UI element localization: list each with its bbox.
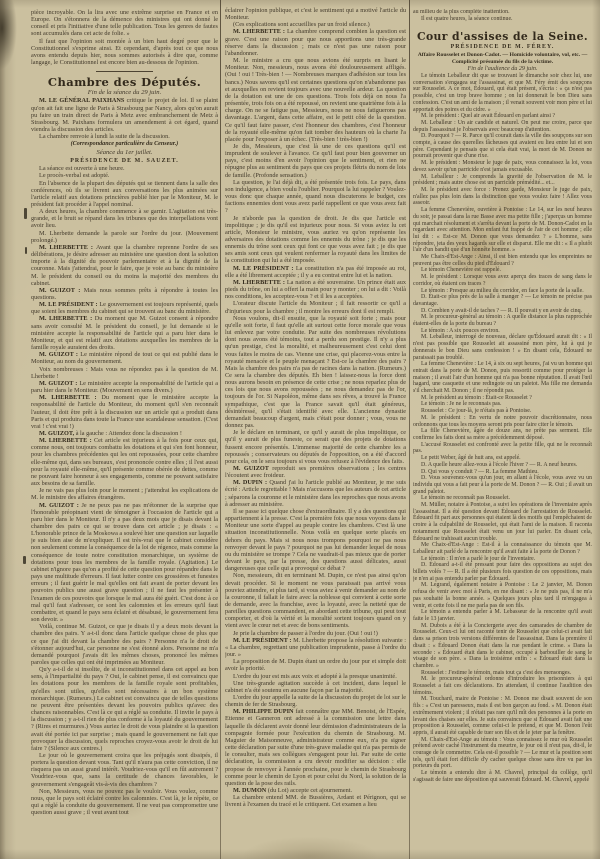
paragraph: Me Chaix-d'Est-Ange : Ainsi, il est bien… <box>413 254 592 267</box>
paragraph: M. LHERBETTE : La chambre comprend combi… <box>225 28 406 57</box>
scan-artifact <box>24 208 27 219</box>
paragraph: M. LE PRÉSIDENT : Le gouvernement est to… <box>31 301 218 315</box>
speaker-name: M. LHERBETTE : <box>233 28 287 35</box>
paragraph: M. le procureur-général ordonne d'introd… <box>413 676 592 696</box>
paragraph: M. Lherbette demande la parole sur l'ord… <box>31 230 218 244</box>
paragraph: Voilà, continue M. Guizot, ce que je dis… <box>31 623 218 666</box>
paragraph: La femme Chenevière, ouvrière à Pontoise… <box>413 207 592 254</box>
paragraph: Je le déclare en terminant, ce qu'il y a… <box>225 429 406 465</box>
paragraph: La chambre renvoie à lundi la suite de l… <box>31 133 218 140</box>
paragraph: Le témoin a entendu dire à M. Chavrel, p… <box>413 770 592 783</box>
paragraph: Je dis, Messieurs, que c'est là une de c… <box>225 143 406 179</box>
paragraph: M. Legrand, également notaire à Pontoise… <box>413 582 592 609</box>
article-title: Cour d'assises de la Seine. <box>413 30 592 43</box>
column-right: au milieu de la plus complète inattentio… <box>413 9 592 854</box>
column-left: pièce incroyable. On la lira avec une ex… <box>31 9 218 854</box>
presidence-line: PRÉSIDENCE DE M. FÉREY. <box>413 43 592 51</box>
article-title: Chambre des Députés. <box>31 76 218 89</box>
paragraph: M. Dubois a été à la Conciergerie avec d… <box>413 623 592 670</box>
paragraph: Le témoin Chenevière est rappelé. <box>413 267 592 274</box>
paragraph: M. GUIZOT : Je ne peux pas ne pas m'éton… <box>31 502 218 624</box>
speaker-name: M. GUIZOT : <box>39 380 79 387</box>
paragraph: au milieu de la plus complète inattentio… <box>413 9 592 16</box>
paragraph: La chambre entend MM. de Bussières, Arda… <box>225 794 406 808</box>
paragraph: M. le procureur-général au témoin : A qu… <box>413 314 592 327</box>
paragraph: Rousselet : Ce jour-là, je n'étais pas à… <box>413 408 592 415</box>
section-divider-rule <box>96 71 153 72</box>
paragraph: M. DUMON (du Lot) accepte cet ajournemen… <box>225 787 406 794</box>
paragraph: M. le président au témoin : Était-ce Rou… <box>413 395 592 402</box>
paragraph: M. LHERBETTE : La nation a été souverain… <box>225 279 406 300</box>
paragraph: D. Était-ce plus près de la salle à mang… <box>413 294 592 307</box>
speaker-name: M. LHERBETTE : <box>39 315 95 322</box>
paragraph: M. Leballeur : Un air candide et naturel… <box>413 120 592 133</box>
session-date-line: Fin de l'audience du 29 juin. <box>413 66 592 73</box>
speaker-name: M. LE PRÉSIDENT : <box>233 637 293 644</box>
paragraph: Le petit Weber, âgé de huit ans, est app… <box>413 455 592 462</box>
newspaper-page: pièce incroyable. On la lira avec une ex… <box>0 0 600 859</box>
paragraph: Il se passe ici quelque chose d'extraord… <box>225 508 406 572</box>
paragraph: La femme Chenevière : Le 14, à six ou se… <box>413 361 592 395</box>
paragraph: Le témoin a entendu parler à M. Lebasseu… <box>413 609 592 622</box>
paragraph: Le jour où le gouvernement croira que le… <box>31 752 218 788</box>
session-date-line: Séance du 1er juillet. <box>31 149 218 157</box>
speaker-name: M. LE GÉNÉRAL PAIXHANS <box>39 97 127 104</box>
paragraph: M. Chaix-d'Est-Ange au témoin : Vous con… <box>413 737 592 771</box>
paragraph: La question, je l'ai déjà dit, a été pré… <box>225 179 406 215</box>
speaker-name: M. LHERBETTE : <box>39 394 101 401</box>
paragraph: Une très-grande agitation succède à cet … <box>225 680 406 694</box>
paragraph: Il est quatre heures, la séance continue… <box>413 16 592 23</box>
paragraph: En l'absence de la plupart des députés q… <box>31 180 218 209</box>
speaker-name: M. PHILIPPE DUPIN <box>233 708 295 715</box>
paragraph: Il faut que l'opinion soit montée à un b… <box>31 38 218 67</box>
speaker-name: M. LE PRÉSIDENT : <box>39 301 99 308</box>
paragraph: L'orateur discute l'article du Moniteur … <box>225 300 406 314</box>
paragraph: Nous voulons, dit-il ensuite, que la roy… <box>225 315 406 430</box>
paragraph: M. LE PRÉSIDENT : M. Lherbette propose l… <box>225 637 406 658</box>
paragraph: M. LHERBETTE : Cet article est injurieux… <box>31 437 218 487</box>
scan-artifact <box>23 556 26 564</box>
paragraph: M. le président avec force : Prenez gard… <box>413 187 592 207</box>
paragraph: M. GUIZOT, à la gauche : Attendez donc l… <box>31 430 218 437</box>
paragraph: M. GUIZOT : Mais nous sommes prêts à rép… <box>31 287 218 301</box>
paragraph: Le témoin : Je ne le reconnais pas. <box>413 401 592 408</box>
speaker-name: M. DUMON <box>233 787 268 794</box>
speaker-name: M. DUPIN : <box>233 479 269 486</box>
paragraph: M. LE PRÉSIDENT : La constitution n'a pa… <box>225 265 406 279</box>
paragraph: Je n'aborde pas la question de droit. Je… <box>225 215 406 265</box>
paragraph: D. A quelle heure allez-vous à l'école l… <box>413 462 592 469</box>
paragraph: Me Chaix-d'Est-Ange : Est-il à la connai… <box>413 542 592 555</box>
correspondence-credit: (Correspondance particulière du Censeur.… <box>31 140 218 148</box>
paragraph: M. GUIZOT reproduit ses premières observ… <box>225 465 406 479</box>
paragraph: Le procès-verbal est adopté. <box>31 172 218 179</box>
paragraph: La séance est ouverte à une heure. <box>31 165 218 172</box>
paragraph: (Ces explications sont accueillies par u… <box>225 21 406 28</box>
paragraph: L'ordre du jour est mis aux voix et adop… <box>225 673 406 680</box>
speaker-name: M. LHERBETTE : <box>39 244 96 251</box>
paragraph: éclairer l'opinion publique, et c'est le… <box>225 7 406 21</box>
paragraph: M. LHERBETTE : Avant que la chambre repr… <box>31 244 218 287</box>
paragraph: L'ordre du jour appelle la suite de la d… <box>225 694 406 708</box>
paragraph: M. DUPIN : Quand j'ai lu l'article publi… <box>225 479 406 508</box>
paragraph: M. le président : En vertu de notre pouv… <box>413 415 592 428</box>
paragraph: M. LHERBETTE : Du moment que M. Guizot c… <box>31 315 218 351</box>
presidence-line: PRÉSIDENCE DE M. SAUZET. <box>31 157 218 165</box>
speaker-name: M. LE PRÉSIDENT : <box>233 265 296 272</box>
paragraph: Je prie la chambre de passer à l'ordre d… <box>225 630 406 637</box>
speaker-name: M. GUIZOT, <box>39 430 76 437</box>
paragraph: Rousselet : J'estime le témoin, mais tou… <box>413 670 592 677</box>
speaker-name: M. GUIZOT : <box>39 351 80 358</box>
paragraph: M. LHERBETTE : Du moment que le ministèr… <box>31 394 218 430</box>
paragraph: Le témoin Leballeur dit que se trouvant … <box>413 73 592 113</box>
paragraph: M. Müller, notaire à Pontoise, a suivi l… <box>413 502 592 542</box>
paragraph: M. GUIZOT : Le ministère répond de tout … <box>31 351 218 365</box>
paragraph: M. le président : Monsieur le juge de pa… <box>413 160 592 173</box>
case-summary-line: Affaire Rousselet et Donon-Cadot. — Homi… <box>413 52 592 66</box>
speaker-name: M. GUIZOT : <box>39 287 84 294</box>
paragraph: Non, messieurs, dit en terminant M. Dupi… <box>225 572 406 629</box>
paragraph: Non, Messieurs, vous ne pouvez pas le vo… <box>31 788 218 817</box>
speaker-name: M. GUIZOT : <box>39 502 81 509</box>
paragraph: M. le président : Lorsque vous avez aper… <box>413 274 592 287</box>
paragraph: M. Leballeur, interrogé de nouveau, décl… <box>413 334 592 361</box>
column-divider <box>409 0 410 859</box>
scan-artifact <box>25 247 27 254</box>
paragraph: M. le ministre a cru que nous avions été… <box>225 57 406 143</box>
paragraph: Qu'y a-t-il de si insolite, de si incons… <box>31 666 218 752</box>
paragraph: M. le président : Quel air avait Édouard… <box>413 113 592 120</box>
paragraph: D. Combien y avait-il de taches ? — R. I… <box>413 308 592 315</box>
paragraph: D. Vous souvenez-vous qu'un jour, en all… <box>413 475 592 495</box>
paragraph: M. PHILIPPE DUPIN fait connaître que MM.… <box>225 708 406 787</box>
column-divider <box>220 0 221 859</box>
paragraph: M. GUIZOT : Le ministère accepte la resp… <box>31 380 218 394</box>
paragraph: La proposition de M. Dupin étant un ordr… <box>225 658 406 672</box>
paragraph: Voix nombreuses : Mais vous ne répondez … <box>31 366 218 380</box>
paragraph: M. LE GÉNÉRAL PAIXHANS critique le proje… <box>31 97 218 133</box>
speaker-name: M. LHERBETTE : <box>233 279 287 286</box>
speaker-name: M. LHERBETTE : <box>39 437 94 444</box>
paragraph: M. Touchard, maire de Pontoise : M. Dono… <box>413 696 592 736</box>
paragraph: A deux heures, la chambre commence à se … <box>31 208 218 229</box>
paragraph: Le témoin ne reconnaît pas Rousselet. <box>413 495 592 502</box>
paragraph: D. Édouard a-t-il été pressant pour fair… <box>413 562 592 582</box>
paragraph: La fille Chenevière, âgée de douze ans, … <box>413 428 592 441</box>
paragraph: M. Leballeur : Je comprends la gravité d… <box>413 174 592 187</box>
speaker-name: M. GUIZOT <box>233 465 272 472</box>
paragraph: D. Pourquoi ? — R. Parce qu'il courait d… <box>413 133 592 160</box>
paragraph: pièce incroyable. On la lira avec une ex… <box>31 9 218 38</box>
paragraph: D. Qui vous y conduit ? — R. La femme Ma… <box>413 469 592 476</box>
column-middle: éclairer l'opinion publique, et c'est le… <box>225 7 406 855</box>
paragraph: Je ne vais pas plus loin pour le moment … <box>31 487 218 501</box>
newspaper-scan: { "page": { "paper_color": "#cbc09f", "i… <box>0 0 600 859</box>
paragraph: L'accusé Rousselet est confronté avec la… <box>413 442 592 455</box>
